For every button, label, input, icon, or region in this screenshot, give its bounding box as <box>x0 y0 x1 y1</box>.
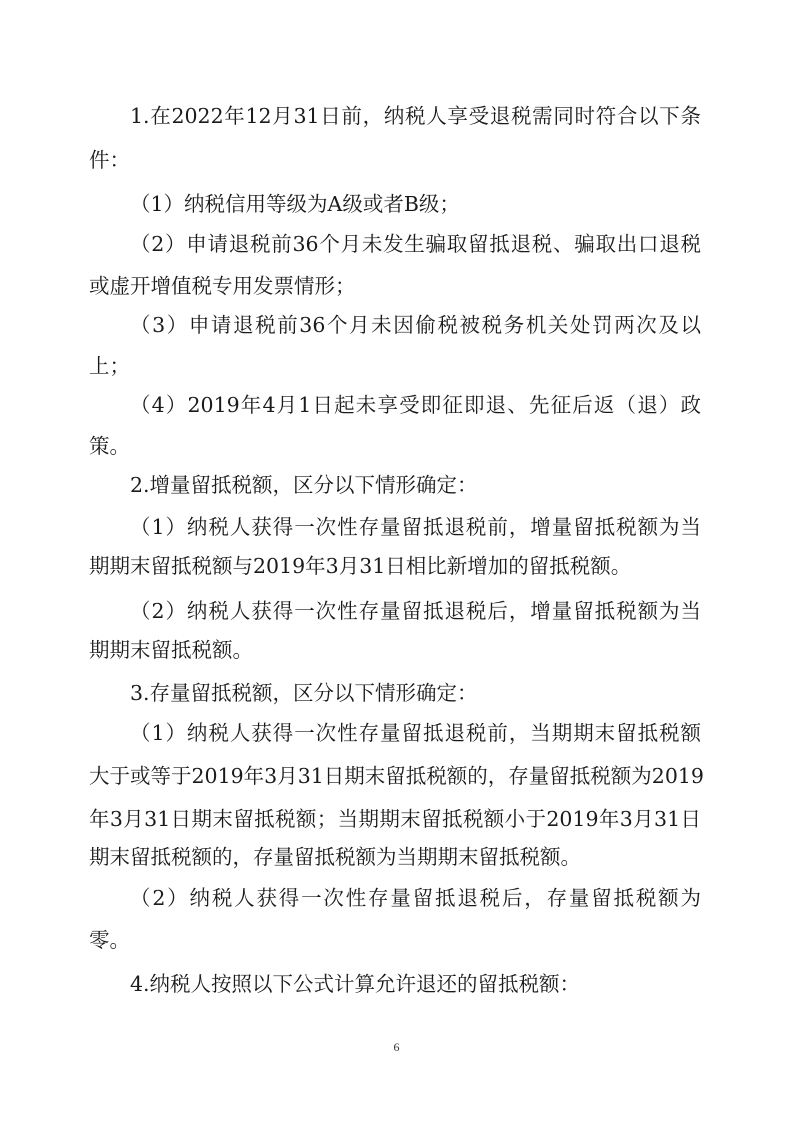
text-line: 期期末留抵税额与2019年3月31日相比新增加的留抵税额。 <box>89 552 701 580</box>
text-line: （1）纳税人获得一次性存量留抵退税前，当期期末留抵税额 <box>130 719 701 747</box>
text-line: （1）纳税信用等级为A级或者B级； <box>130 190 701 218</box>
text-line: 年3月31日期末留抵税额；当期期末留抵税额小于2019年3月31日 <box>89 805 701 833</box>
text-line: 期末留抵税额的，存量留抵税额为当期期末留抵税额。 <box>89 843 701 871</box>
text-line: 4.纳税人按照以下公式计算允许退还的留抵税额： <box>130 970 701 998</box>
text-line: （4）2019年4月1日起未享受即征即退、先征后返（退）政 <box>130 391 701 419</box>
document-page: 1.在2022年12月31日前，纳税人享受退税需同时符合以下条件：（1）纳税信用… <box>0 0 793 1122</box>
text-line: 或虚开增值税专用发票情形； <box>89 272 701 300</box>
text-line: 上； <box>89 352 701 380</box>
text-line: （2）申请退税前36个月未发生骗取留抵退税、骗取出口退税 <box>130 230 701 258</box>
text-line: 期期末留抵税额。 <box>89 636 701 664</box>
page-number: 6 <box>0 1040 793 1055</box>
text-line: （3）申请退税前36个月未因偷税被税务机关处罚两次及以 <box>130 311 701 339</box>
text-line: 1.在2022年12月31日前，纳税人享受退税需同时符合以下条 <box>130 102 701 130</box>
text-line: （2）纳税人获得一次性存量留抵退税后，存量留抵税额为 <box>130 884 701 912</box>
text-line: 大于或等于2019年3月31日期末留抵税额的，存量留抵税额为2019 <box>89 762 701 790</box>
text-line: 3.存量留抵税额，区分以下情形确定： <box>130 679 701 707</box>
text-line: 零。 <box>89 926 701 954</box>
text-line: （2）纳税人获得一次性存量留抵退税后，增量留抵税额为当 <box>130 597 701 625</box>
text-line: 件： <box>89 146 701 174</box>
text-line: （1）纳税人获得一次性存量留抵退税前，增量留抵税额为当 <box>130 513 701 541</box>
text-line: 策。 <box>89 432 701 460</box>
text-line: 2.增量留抵税额，区分以下情形确定： <box>130 471 701 499</box>
